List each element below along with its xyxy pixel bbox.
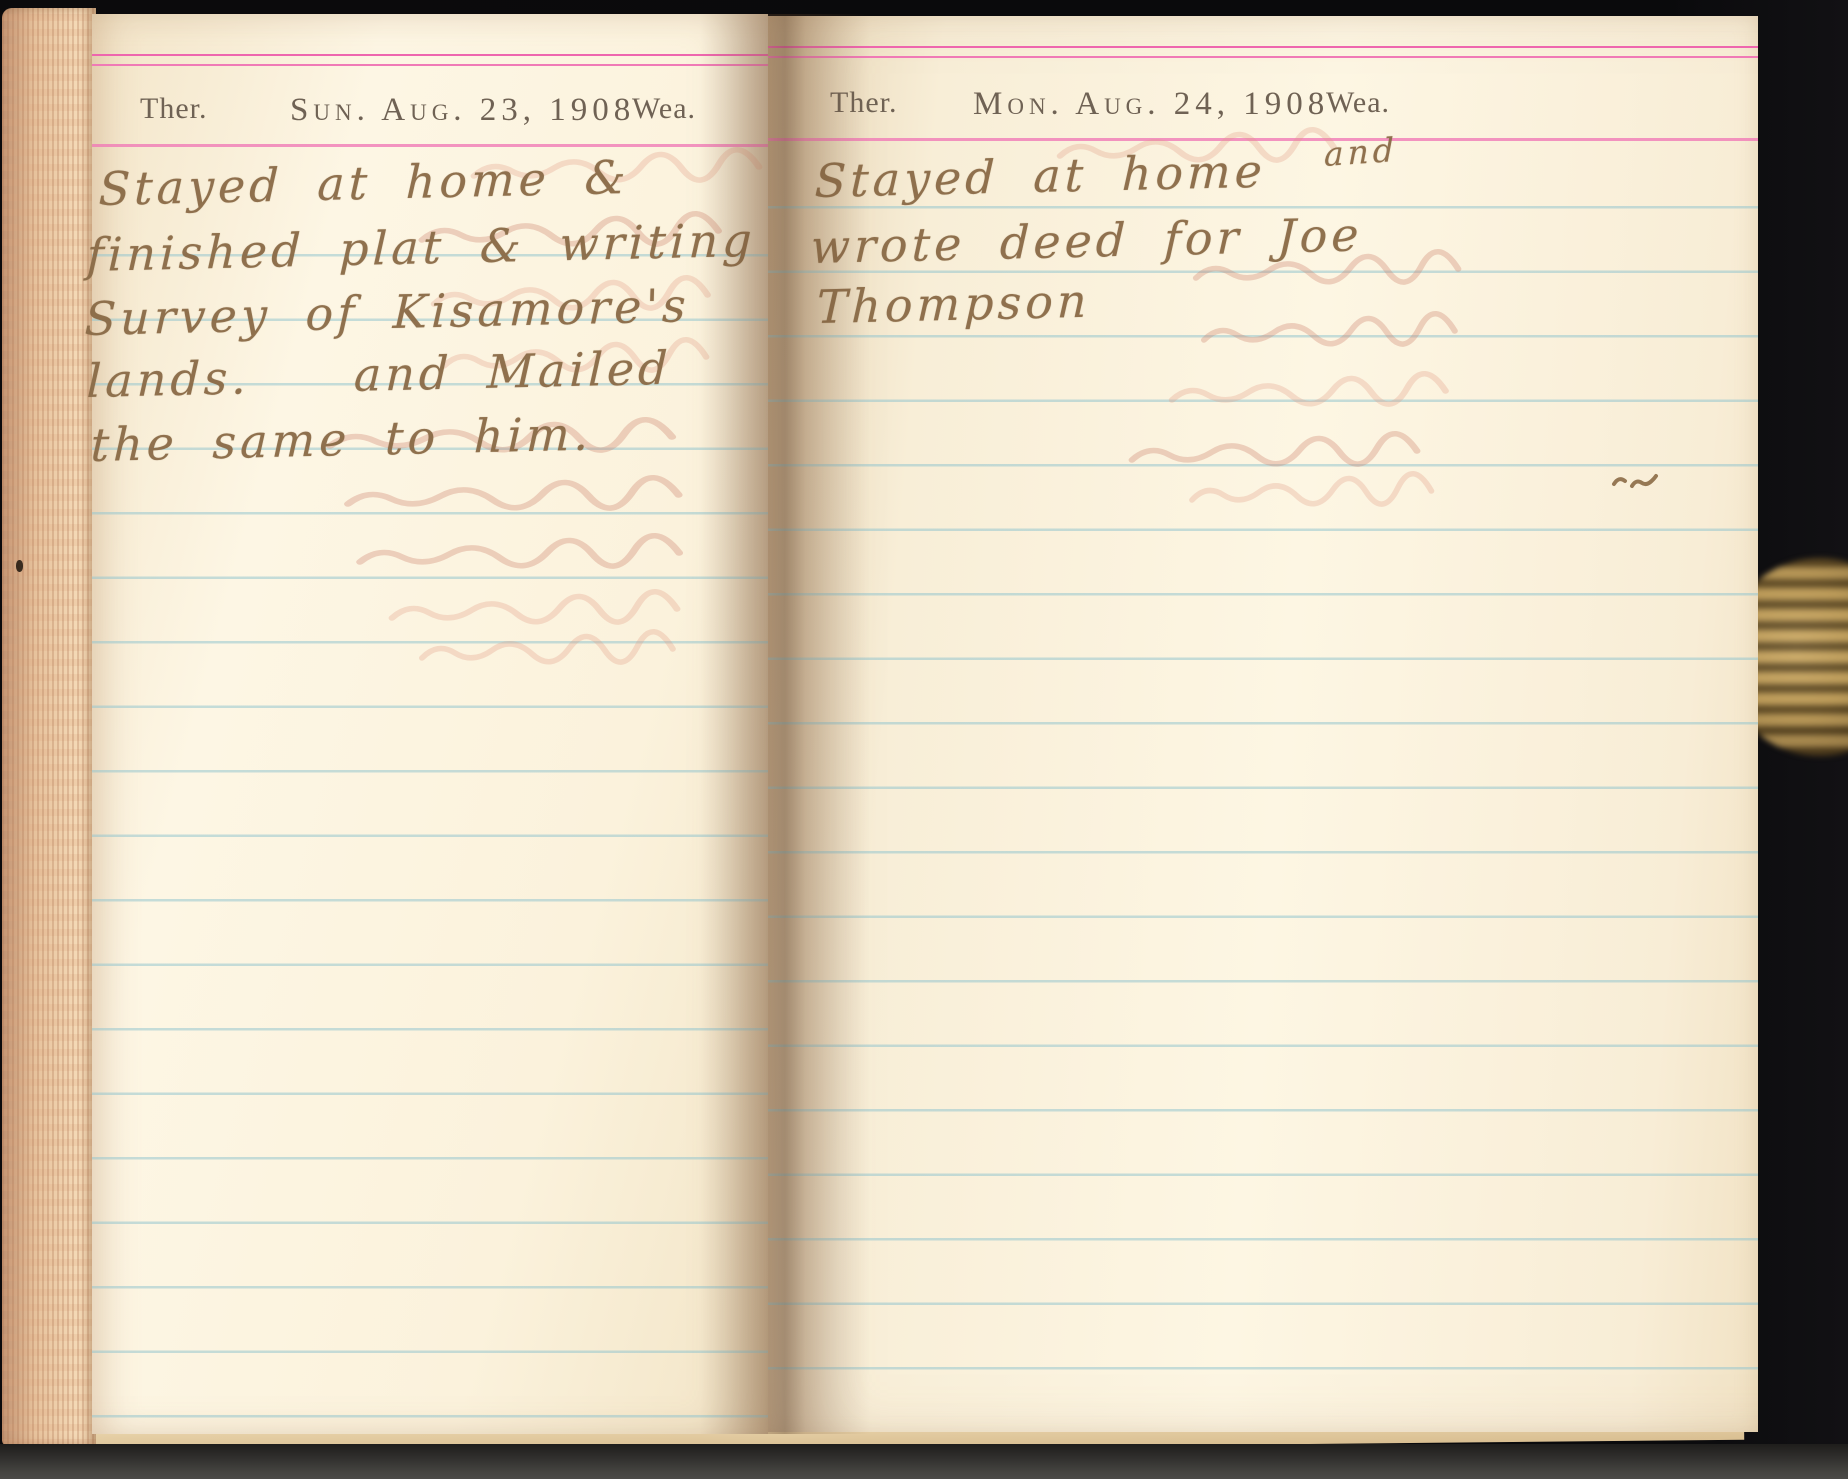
page-edges-stack — [2, 8, 96, 1446]
left-page-date: Sun. Aug. 23, 1908 — [290, 92, 635, 129]
ruled-lines — [768, 144, 1758, 1422]
right-page-header: Ther. Mon. Aug. 24, 1908 Wea. — [768, 86, 1758, 126]
ther-label: Ther. — [830, 86, 897, 120]
entry-line: Stayed at home — [814, 148, 1267, 204]
diary-photo: Ther. Sun. Aug. 23, 1908 Wea. Stayed at … — [0, 0, 1848, 1479]
book-cover-bottom-edge — [0, 1444, 1848, 1479]
entry-line: the same to him. — [90, 411, 593, 468]
entry-line: Stayed at home & — [98, 154, 630, 212]
entry-line: finished plat & writing — [86, 217, 756, 278]
wea-label: Wea. — [632, 92, 696, 126]
ther-label: Ther. — [140, 92, 207, 126]
stray-ink-mark — [1608, 468, 1672, 500]
left-page: Ther. Sun. Aug. 23, 1908 Wea. Stayed at … — [92, 14, 768, 1434]
inserted-word: and — [1324, 133, 1398, 171]
left-page-header: Ther. Sun. Aug. 23, 1908 Wea. — [92, 92, 768, 132]
header-rule — [768, 138, 1758, 141]
entry-line: wrote deed for Joe — [810, 211, 1363, 270]
top-double-rule — [768, 46, 1758, 58]
ink-speck — [16, 560, 23, 572]
top-double-rule — [92, 54, 768, 66]
entry-line: Survey of Kisamore's — [84, 282, 690, 342]
entry-line: lands. and Mailed — [86, 345, 672, 404]
wea-label: Wea. — [1326, 86, 1390, 120]
entry-line: Thompson — [816, 278, 1091, 330]
right-page: Ther. Mon. Aug. 24, 1908 Wea. Stayed at … — [768, 16, 1758, 1432]
right-page-date: Mon. Aug. 24, 1908 — [973, 86, 1329, 123]
header-rule — [92, 144, 768, 147]
